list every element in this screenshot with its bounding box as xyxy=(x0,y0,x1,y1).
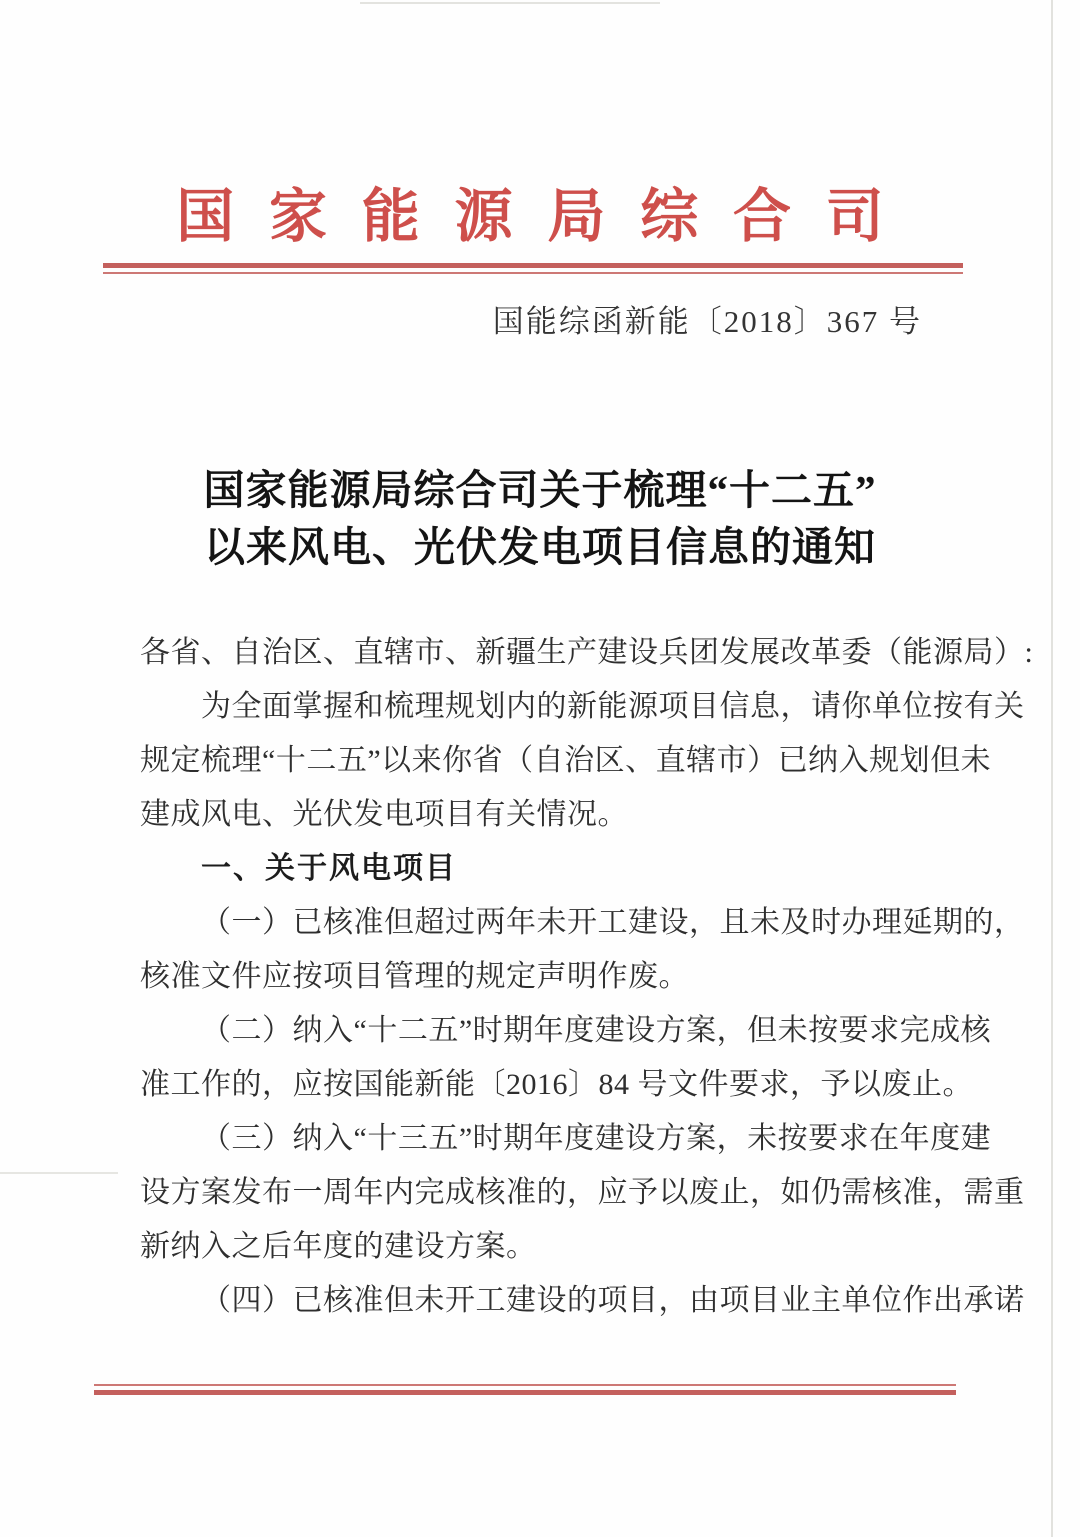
body-line: 规定梳理“十二五”以来你省（自治区、直辖市）已纳入规划但未 xyxy=(140,734,970,788)
scan-artifact-left-streak xyxy=(0,1172,118,1174)
body-text: 各省、自治区、直辖市、新疆生产建设兵团发展改革委（能源局）:为全面掌握和梳理规划… xyxy=(140,626,970,1328)
body-line: 各省、自治区、直辖市、新疆生产建设兵团发展改革委（能源局）: xyxy=(140,626,970,680)
footer-separator xyxy=(94,1384,956,1395)
footer-separator-thin-bar xyxy=(94,1384,956,1386)
body-line: 设方案发布一周年内完成核准的，应予以废止，如仍需核准，需重 xyxy=(140,1166,970,1220)
footer-separator-thick-bar xyxy=(94,1390,956,1395)
header-separator-thin-bar xyxy=(103,272,963,274)
body-line: 建成风电、光伏发电项目有关情况。 xyxy=(140,788,970,842)
section-heading: 一、关于风电项目 xyxy=(140,842,970,896)
body-line: （二）纳入“十二五”时期年度建设方案，但未按要求完成核 xyxy=(140,1004,970,1058)
document-number: 国能综函新能〔2018〕367 号 xyxy=(493,296,922,341)
body-line: 准工作的，应按国能新能〔2016〕84 号文件要求，予以废止。 xyxy=(140,1058,970,1112)
body-line: 新纳入之后年度的建设方案。 xyxy=(140,1220,970,1274)
header-separator-thick-bar xyxy=(103,263,963,268)
header-separator xyxy=(103,263,963,274)
body-line: （三）纳入“十三五”时期年度建设方案，未按要求在年度建 xyxy=(140,1112,970,1166)
body-line: （一）已核准但超过两年未开工建设，且未及时办理延期的， xyxy=(140,896,970,950)
body-line: 核准文件应按项目管理的规定声明作废。 xyxy=(140,950,970,1004)
body-line: （四）已核准但未开工建设的项目，由项目业主单位作出承诺 xyxy=(140,1274,970,1328)
body-line: 为全面掌握和梳理规划内的新能源项目信息，请你单位按有关 xyxy=(140,680,970,734)
scan-artifact-vertical-line xyxy=(1051,0,1053,1537)
notice-title: 国家能源局综合司关于梳理“十二五” 以来风电、光伏发电项目信息的通知 xyxy=(0,462,1080,576)
scanned-official-notice-page: 国家能源局综合司 国能综函新能〔2018〕367 号 国家能源局综合司关于梳理“… xyxy=(0,0,1080,1537)
scan-artifact-top-streak xyxy=(360,2,660,4)
notice-title-line2: 以来风电、光伏发电项目信息的通知 xyxy=(0,519,1080,576)
notice-title-line1: 国家能源局综合司关于梳理“十二五” xyxy=(0,462,1080,519)
scan-artifact-bottom-edge xyxy=(0,1529,1080,1537)
agency-name: 国家能源局综合司 xyxy=(0,186,1060,248)
